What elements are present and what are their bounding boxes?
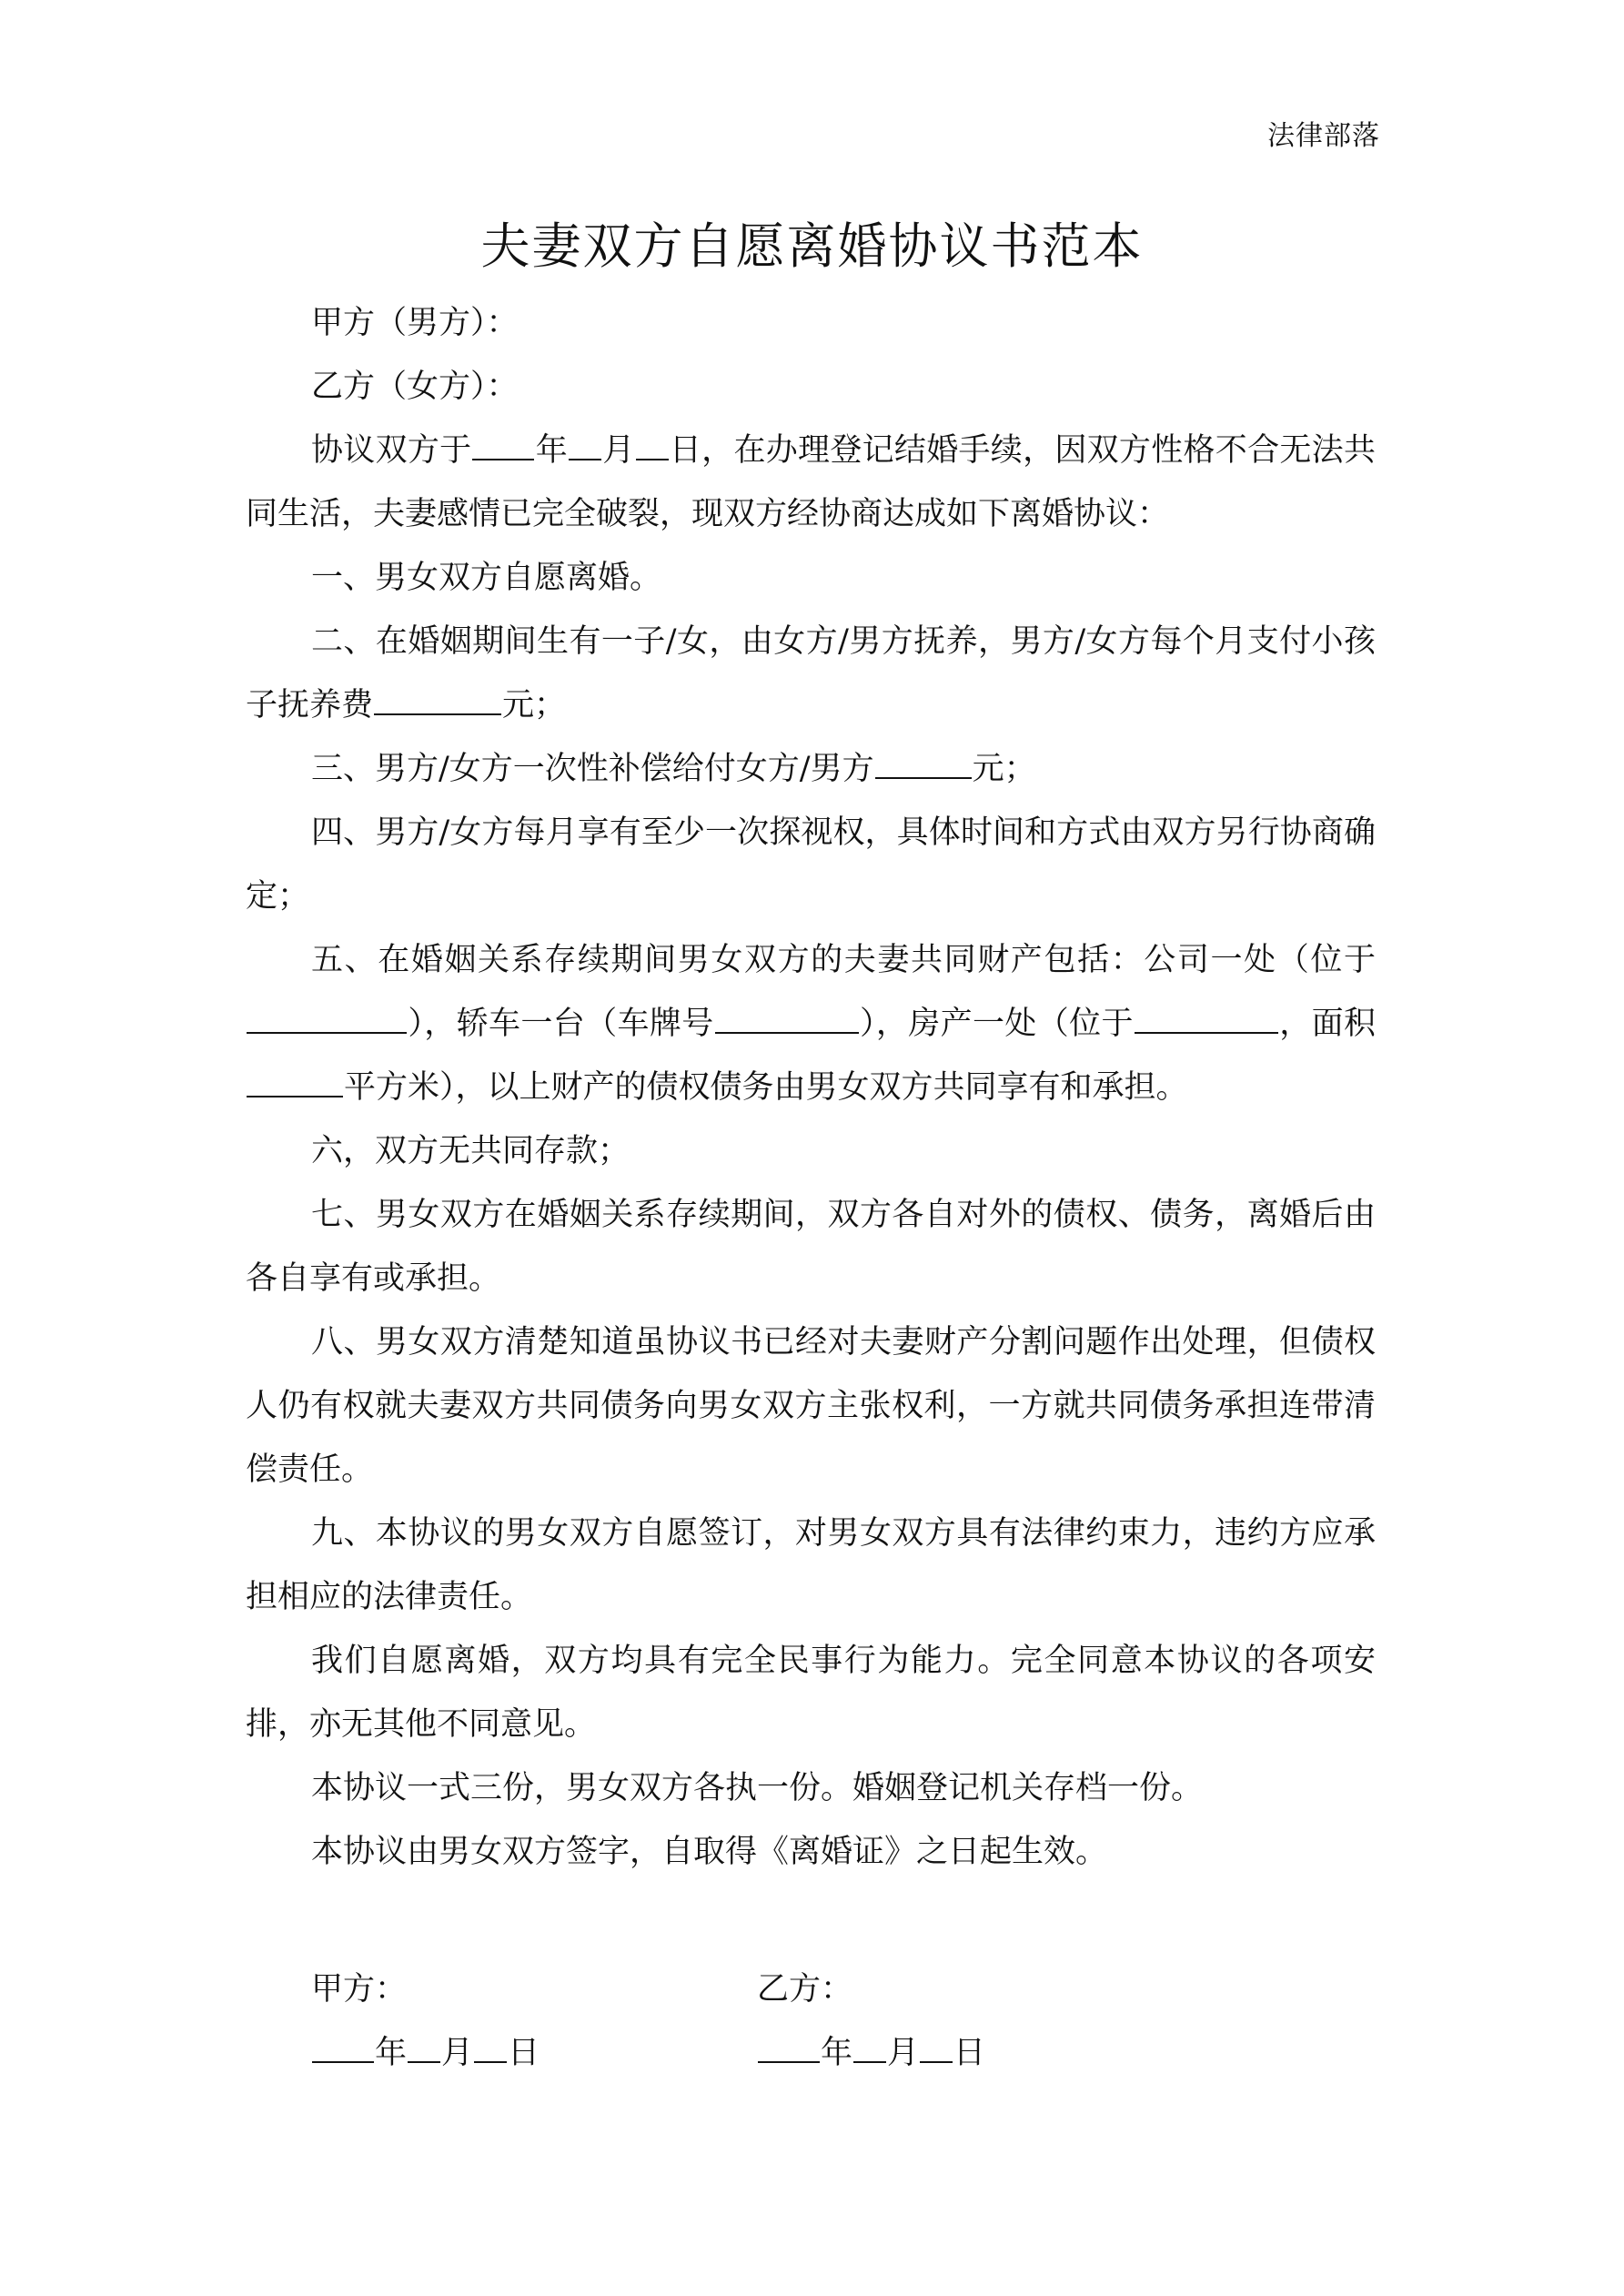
clause-text: 协议双方于 <box>311 432 471 469</box>
fill-in-blank[interactable] <box>247 1067 343 1097</box>
fill-in-blank[interactable] <box>715 1003 859 1034</box>
clause-text: 八、男女双方清楚知道虽协议书已经对夫妻财产分割问题作出处理，但债权人仍有权就夫妻… <box>246 1324 1376 1488</box>
party-a-signature-label: 甲方： <box>311 1964 757 2009</box>
clause-paragraph: 一、男女双方自愿离婚。 <box>246 546 1376 610</box>
clause-text: 年 <box>535 432 568 469</box>
clause-text: 一、男女双方自愿离婚。 <box>311 560 661 596</box>
fill-in-blank[interactable] <box>1135 1003 1278 1034</box>
clause-text: 四、男方/女方每月享有至少一次探视权，具体时间和方式由双方另行协商确定； <box>246 814 1376 915</box>
party-a-date: 年月日 <box>311 2028 757 2073</box>
clause-text: ），轿车一台（车牌号 <box>408 1006 714 1042</box>
clause-paragraph: 三、男方/女方一次性补偿给付女方/男方元； <box>246 737 1376 801</box>
clause-text: ），房产一处（位于 <box>860 1006 1134 1042</box>
clause-paragraph: 七、男女双方在婚姻关系存续期间，双方各自对外的债权、债务，离婚后由各自享有或承担… <box>246 1183 1376 1310</box>
signature-block: 甲方： 乙方： 年月日 年月日 <box>311 1955 1221 2082</box>
clause-paragraph: 六，双方无共同存款； <box>246 1119 1376 1183</box>
clause-text: 本协议由男女双方签字，自取得《离婚证》之日起生效。 <box>311 1834 1107 1870</box>
clause-text: 元； <box>502 687 566 723</box>
clause-text: 元； <box>973 751 1036 787</box>
clause-text: 我们自愿离婚，双方均具有完全民事行为能力。完全同意本协议的各项安排，亦无其他不同… <box>246 1643 1376 1743</box>
clause-paragraph: 我们自愿离婚，双方均具有完全民事行为能力。完全同意本协议的各项安排，亦无其他不同… <box>246 1629 1376 1756</box>
header-note: 法律部落 <box>1267 113 1380 153</box>
party-b-date: 年月日 <box>757 2028 1203 2073</box>
fill-in-blank[interactable] <box>875 748 972 779</box>
document-title: 夫妻双方自愿离婚协议书范本 <box>0 207 1624 278</box>
year-blank[interactable] <box>758 2032 820 2063</box>
clause-paragraph: 八、男女双方清楚知道虽协议书已经对夫妻财产分割问题作出处理，但债权人仍有权就夫妻… <box>246 1310 1376 1502</box>
day-blank[interactable] <box>920 2032 953 2063</box>
clause-text: 九、本协议的男女双方自愿签订，对男女双方具有法律约束力，违约方应承担相应的法律责… <box>246 1515 1376 1615</box>
fill-in-blank[interactable] <box>374 684 501 715</box>
clause-paragraph: 四、男方/女方每月享有至少一次探视权，具体时间和方式由双方另行协商确定； <box>246 801 1376 928</box>
party-a-label: 甲方（男方）： <box>246 291 1376 355</box>
fill-in-blank[interactable] <box>472 430 534 460</box>
party-b-label: 乙方（女方）： <box>246 355 1376 419</box>
fill-in-blank[interactable] <box>569 430 601 460</box>
day-blank[interactable] <box>474 2032 507 2063</box>
clause-text: ，面积 <box>1279 1006 1376 1042</box>
document-body: 甲方（男方）： 乙方（女方）： 协议双方于年月日，在办理登记结婚手续，因双方性格… <box>246 291 1376 1884</box>
month-blank[interactable] <box>853 2032 886 2063</box>
clause-paragraph: 九、本协议的男女双方自愿签订，对男女双方具有法律约束力，违约方应承担相应的法律责… <box>246 1502 1376 1629</box>
clause-text: 平方米），以上财产的债权债务由男女双方共同享有和承担。 <box>344 1069 1188 1106</box>
clause-paragraph: 协议双方于年月日，在办理登记结婚手续，因双方性格不合无法共同生活，夫妻感情已完全… <box>246 419 1376 546</box>
clauses: 协议双方于年月日，在办理登记结婚手续，因双方性格不合无法共同生活，夫妻感情已完全… <box>246 419 1376 1884</box>
clause-text: 五、在婚姻关系存续期间男女双方的夫妻共同财产包括：公司一处（位于 <box>311 942 1376 978</box>
clause-paragraph: 二、在婚姻期间生有一子/女，由女方/男方抚养，男方/女方每个月支付小孩子抚养费元… <box>246 610 1376 737</box>
fill-in-blank[interactable] <box>636 430 669 460</box>
clause-paragraph: 本协议一式三份，男女双方各执一份。婚姻登记机关存档一份。 <box>246 1756 1376 1820</box>
party-b-signature-label: 乙方： <box>757 1964 1203 2009</box>
fill-in-blank[interactable] <box>247 1003 407 1034</box>
clause-text: 三、男方/女方一次性补偿给付女方/男方 <box>311 751 874 787</box>
clause-paragraph: 本协议由男女双方签字，自取得《离婚证》之日起生效。 <box>246 1820 1376 1884</box>
clause-text: 月 <box>602 432 635 469</box>
clause-text: 七、男女双方在婚姻关系存续期间，双方各自对外的债权、债务，离婚后由各自享有或承担… <box>246 1197 1376 1297</box>
clause-text: 本协议一式三份，男女双方各执一份。婚姻登记机关存档一份。 <box>311 1770 1203 1806</box>
clause-text: 六，双方无共同存款； <box>311 1133 630 1169</box>
month-blank[interactable] <box>408 2032 440 2063</box>
clause-paragraph: 五、在婚姻关系存续期间男女双方的夫妻共同财产包括：公司一处（位于），轿车一台（车… <box>246 928 1376 1119</box>
year-blank[interactable] <box>312 2032 374 2063</box>
